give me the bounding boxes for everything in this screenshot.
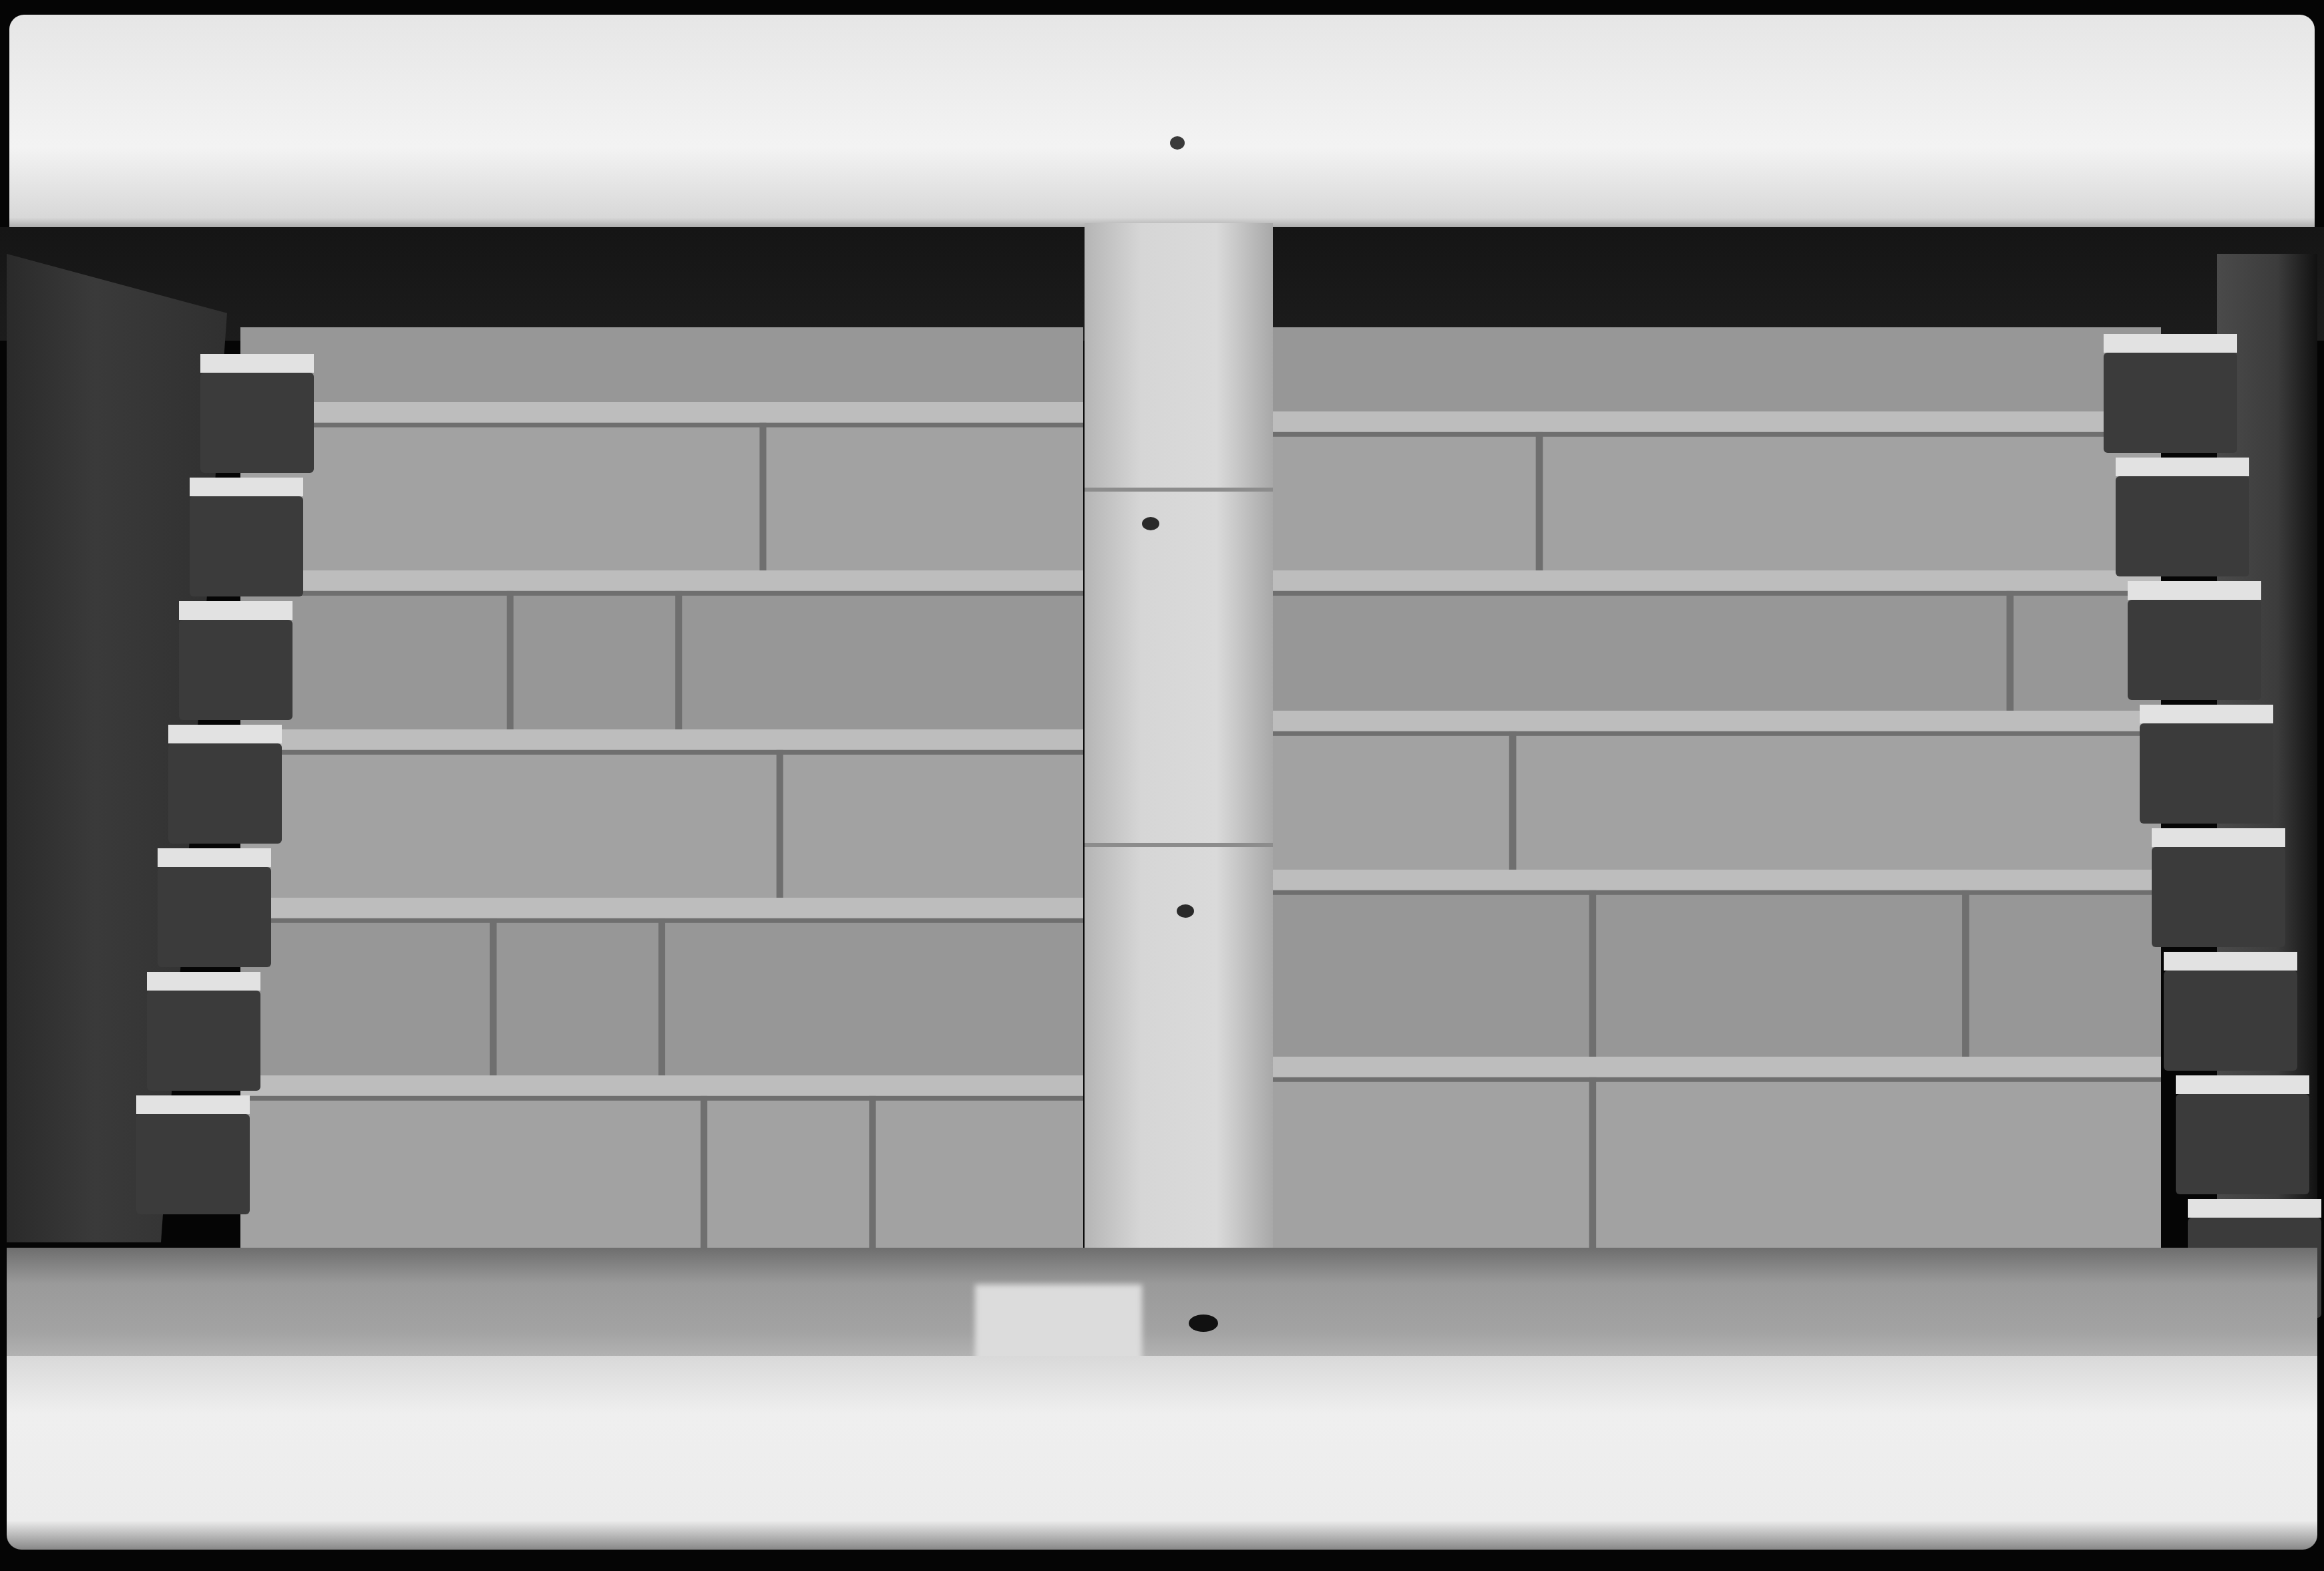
mortar-joint xyxy=(2176,1075,2309,1094)
dark-brick xyxy=(2140,723,2273,824)
nail-hole-icon xyxy=(1189,1315,1218,1332)
photograph: Black-and-white photograph of a wall sec… xyxy=(0,0,2324,1571)
mortar-joint xyxy=(2116,458,2249,476)
mortar-joint xyxy=(2188,1199,2321,1218)
dark-brick xyxy=(2104,353,2237,453)
dark-brick xyxy=(2128,600,2261,700)
dark-brick xyxy=(2116,476,2249,576)
mortar-joint xyxy=(190,478,303,496)
nail-hole-icon xyxy=(1170,136,1185,150)
lower-sill xyxy=(7,1248,2317,1368)
mortar-joint xyxy=(200,354,314,373)
dark-brick xyxy=(158,867,271,967)
mortar-joint xyxy=(179,601,293,620)
mortar-joint xyxy=(136,1095,250,1114)
mortar-joint xyxy=(2152,828,2285,847)
nail-hole-icon xyxy=(1177,904,1194,918)
dark-brick xyxy=(2176,1094,2309,1194)
top-beam xyxy=(9,15,2315,235)
mortar-joint xyxy=(158,848,271,867)
right-brick-panel xyxy=(1273,327,2161,1262)
center-timber-post xyxy=(1085,223,1273,1265)
dark-brick xyxy=(147,991,260,1091)
mortar-joint xyxy=(2104,334,2237,353)
post-seam xyxy=(1085,843,1273,847)
dark-brick xyxy=(2152,847,2285,947)
bottom-board xyxy=(7,1356,2317,1550)
dark-brick xyxy=(2164,971,2297,1071)
mortar-joint xyxy=(2128,581,2261,600)
dark-brick xyxy=(200,373,314,473)
dark-brick xyxy=(179,620,293,720)
dark-brick xyxy=(190,496,303,596)
sill-light-patch xyxy=(975,1284,1142,1365)
post-seam xyxy=(1085,488,1273,492)
mortar-joint xyxy=(2140,705,2273,723)
mortar-joint xyxy=(2164,952,2297,971)
mortar-joint xyxy=(168,725,282,743)
nail-hole-icon xyxy=(1142,517,1159,530)
dark-brick xyxy=(136,1114,250,1214)
dark-brick xyxy=(168,743,282,844)
mortar-joint xyxy=(147,972,260,991)
left-brick-panel xyxy=(240,327,1083,1262)
